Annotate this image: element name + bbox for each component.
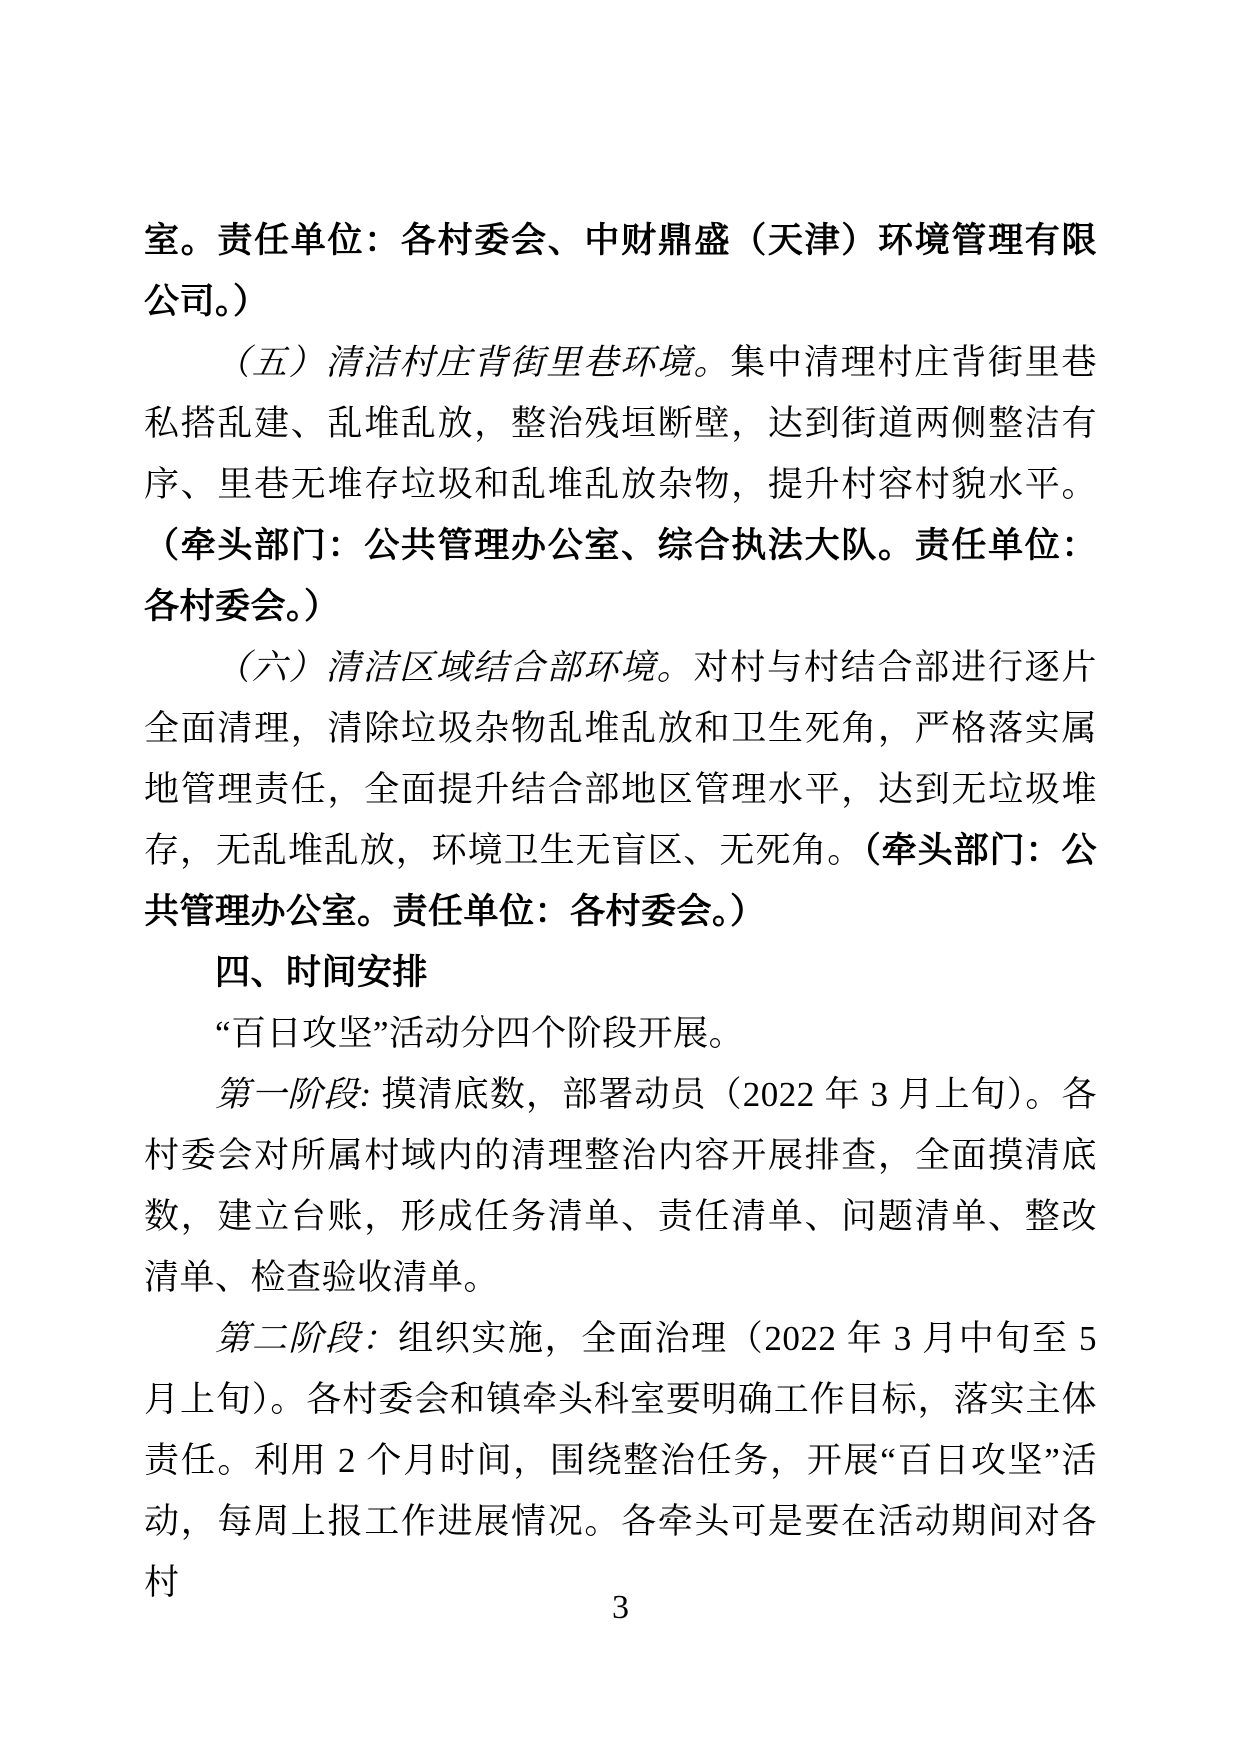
paragraph-run: （牵头部门：公共管理办公室、综合执法大队。责任单位：各村委会。） — [144, 526, 1097, 626]
paragraph-responsible-unit-continued: 室。责任单位：各村委会、中财鼎盛（天津）环境管理有限公司。） — [144, 210, 1097, 332]
paragraph-run: “百日攻坚”活动分四个阶段开展。 — [215, 1014, 744, 1053]
paragraph-run: （五）清洁村庄背街里巷环境。 — [215, 343, 730, 382]
paragraph-run: 室。责任单位：各村委会、中财鼎盛（天津）环境管理有限公司。） — [144, 221, 1097, 321]
heading-run: 四、时间安排 — [215, 953, 428, 992]
paragraph-stage-1: 第一阶段: 摸清底数，部署动员（2022 年 3 月上旬）。各村委会对所属村域内… — [144, 1064, 1097, 1308]
paragraph-run: 组织实施，全面治理（2022 年 3 月中旬至 5 月上旬）。各村委会和镇牵头科… — [144, 1319, 1097, 1602]
paragraph-run: 第一阶段: — [215, 1075, 372, 1114]
paragraph-run: 第二阶段： — [215, 1319, 398, 1358]
document-body: 室。责任单位：各村委会、中财鼎盛（天津）环境管理有限公司。） （五）清洁村庄背街… — [144, 210, 1097, 1613]
paragraph-run: （六）清洁区域结合部环境。 — [215, 648, 693, 687]
document-page: 室。责任单位：各村委会、中财鼎盛（天津）环境管理有限公司。） （五）清洁村庄背街… — [0, 0, 1241, 1754]
paragraph-item-6-joint-areas: （六）清洁区域结合部环境。对村与村结合部进行逐片全面清理，清除垃圾杂物乱堆乱放和… — [144, 637, 1097, 942]
heading-section-4-schedule: 四、时间安排 — [144, 942, 1097, 1003]
paragraph-stage-2: 第二阶段：组织实施，全面治理（2022 年 3 月中旬至 5 月上旬）。各村委会… — [144, 1308, 1097, 1613]
paragraph-four-stages-intro: “百日攻坚”活动分四个阶段开展。 — [144, 1003, 1097, 1064]
page-number: 3 — [0, 1588, 1241, 1628]
paragraph-item-5-village-lanes: （五）清洁村庄背街里巷环境。集中清理村庄背街里巷私搭乱建、乱堆乱放，整治残垣断壁… — [144, 332, 1097, 637]
